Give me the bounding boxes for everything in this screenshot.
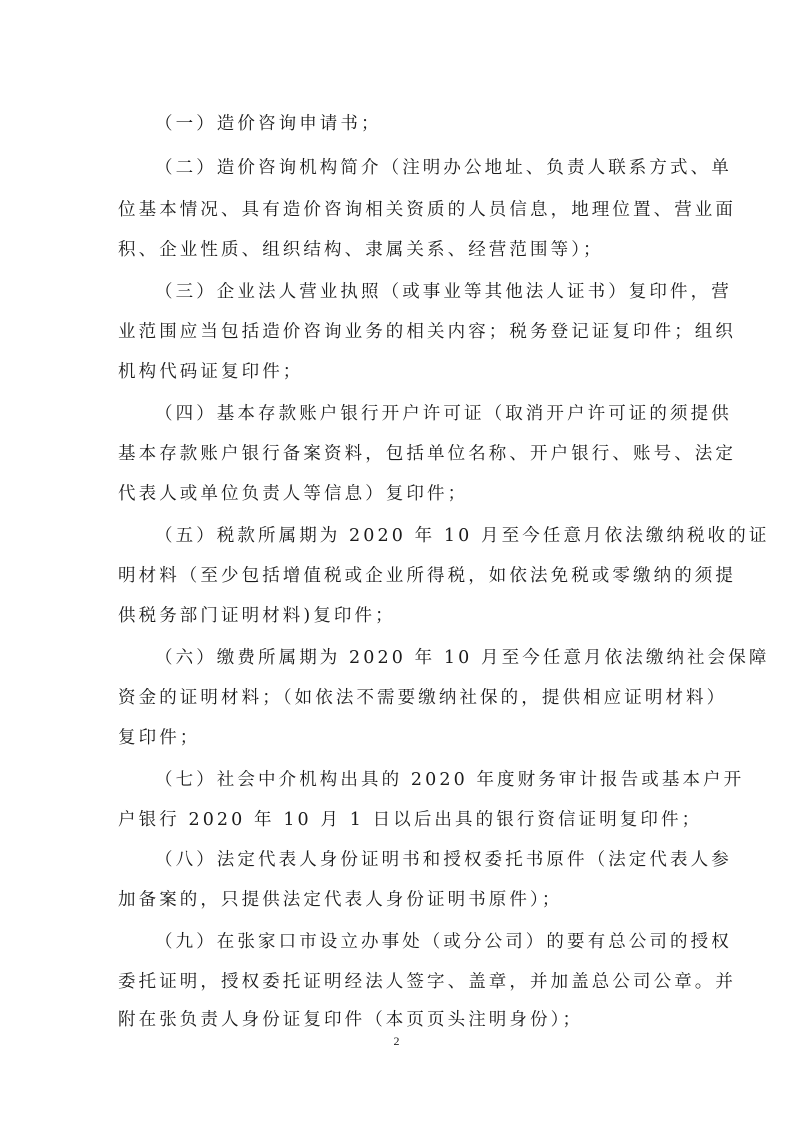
item-2-line-1: （二）造价咨询机构简介（注明办公地址、负责人联系方式、单	[155, 156, 678, 180]
item-5-line-2: 明材料（至少包括增值税或企业所得税，如依法免税或零缴纳的须提	[118, 564, 678, 588]
item-3-line-2: 业范围应当包括造价咨询业务的相关内容；税务登记证复印件；组织	[118, 320, 678, 344]
item-4-line-3: 代表人或单位负责人等信息）复印件；	[118, 482, 678, 506]
item-5-line-1: （五）税款所属期为 2020 年 10 月至今任意月依法缴纳税收的证	[155, 524, 678, 548]
item-9-line-2: 委托证明，授权委托证明经法人签字、盖章，并加盖总公司公章。并	[118, 970, 678, 994]
item-7-line-1: （七）社会中介机构出具的 2020 年度财务审计报告或基本户开	[155, 768, 678, 792]
item-6-line-1: （六）缴费所属期为 2020 年 10 月至今任意月依法缴纳社会保障	[155, 646, 678, 670]
item-3-line-1: （三）企业法人营业执照（或事业等其他法人证书）复印件，营	[155, 280, 678, 304]
item-2-line-3: 积、企业性质、组织结构、隶属关系、经营范围等）；	[118, 238, 678, 262]
page-number: 2	[0, 1034, 793, 1049]
item-9-line-1: （九）在张家口市设立办事处（或分公司）的要有总公司的授权	[155, 930, 678, 954]
item-8-line-1: （八）法定代表人身份证明书和授权委托书原件（法定代表人参	[155, 848, 678, 872]
item-5-line-3: 供税务部门证明材料)复印件；	[118, 604, 678, 628]
document-page: （一）造价咨询申请书； （二）造价咨询机构简介（注明办公地址、负责人联系方式、单…	[0, 0, 793, 1122]
item-6-line-3: 复印件；	[118, 726, 678, 750]
item-2-line-2: 位基本情况、具有造价咨询相关资质的人员信息，地理位置、营业面	[118, 198, 678, 222]
item-4-line-2: 基本存款账户银行备案资料，包括单位名称、开户银行、账号、法定	[118, 442, 678, 466]
item-7-line-2: 户银行 2020 年 10 月 1 日以后出具的银行资信证明复印件；	[118, 808, 678, 832]
item-9-line-3: 附在张负责人身份证复印件（本页页头注明身份）；	[118, 1008, 678, 1032]
item-6-line-2: 资金的证明材料；（如依法不需要缴纳社保的，提供相应证明材料）	[118, 686, 678, 710]
item-1-line-1: （一）造价咨询申请书；	[155, 112, 678, 136]
item-3-line-3: 机构代码证复印件；	[118, 360, 678, 384]
item-8-line-2: 加备案的，只提供法定代表人身份证明书原件）；	[118, 888, 678, 912]
item-4-line-1: （四）基本存款账户银行开户许可证（取消开户许可证的须提供	[155, 402, 678, 426]
